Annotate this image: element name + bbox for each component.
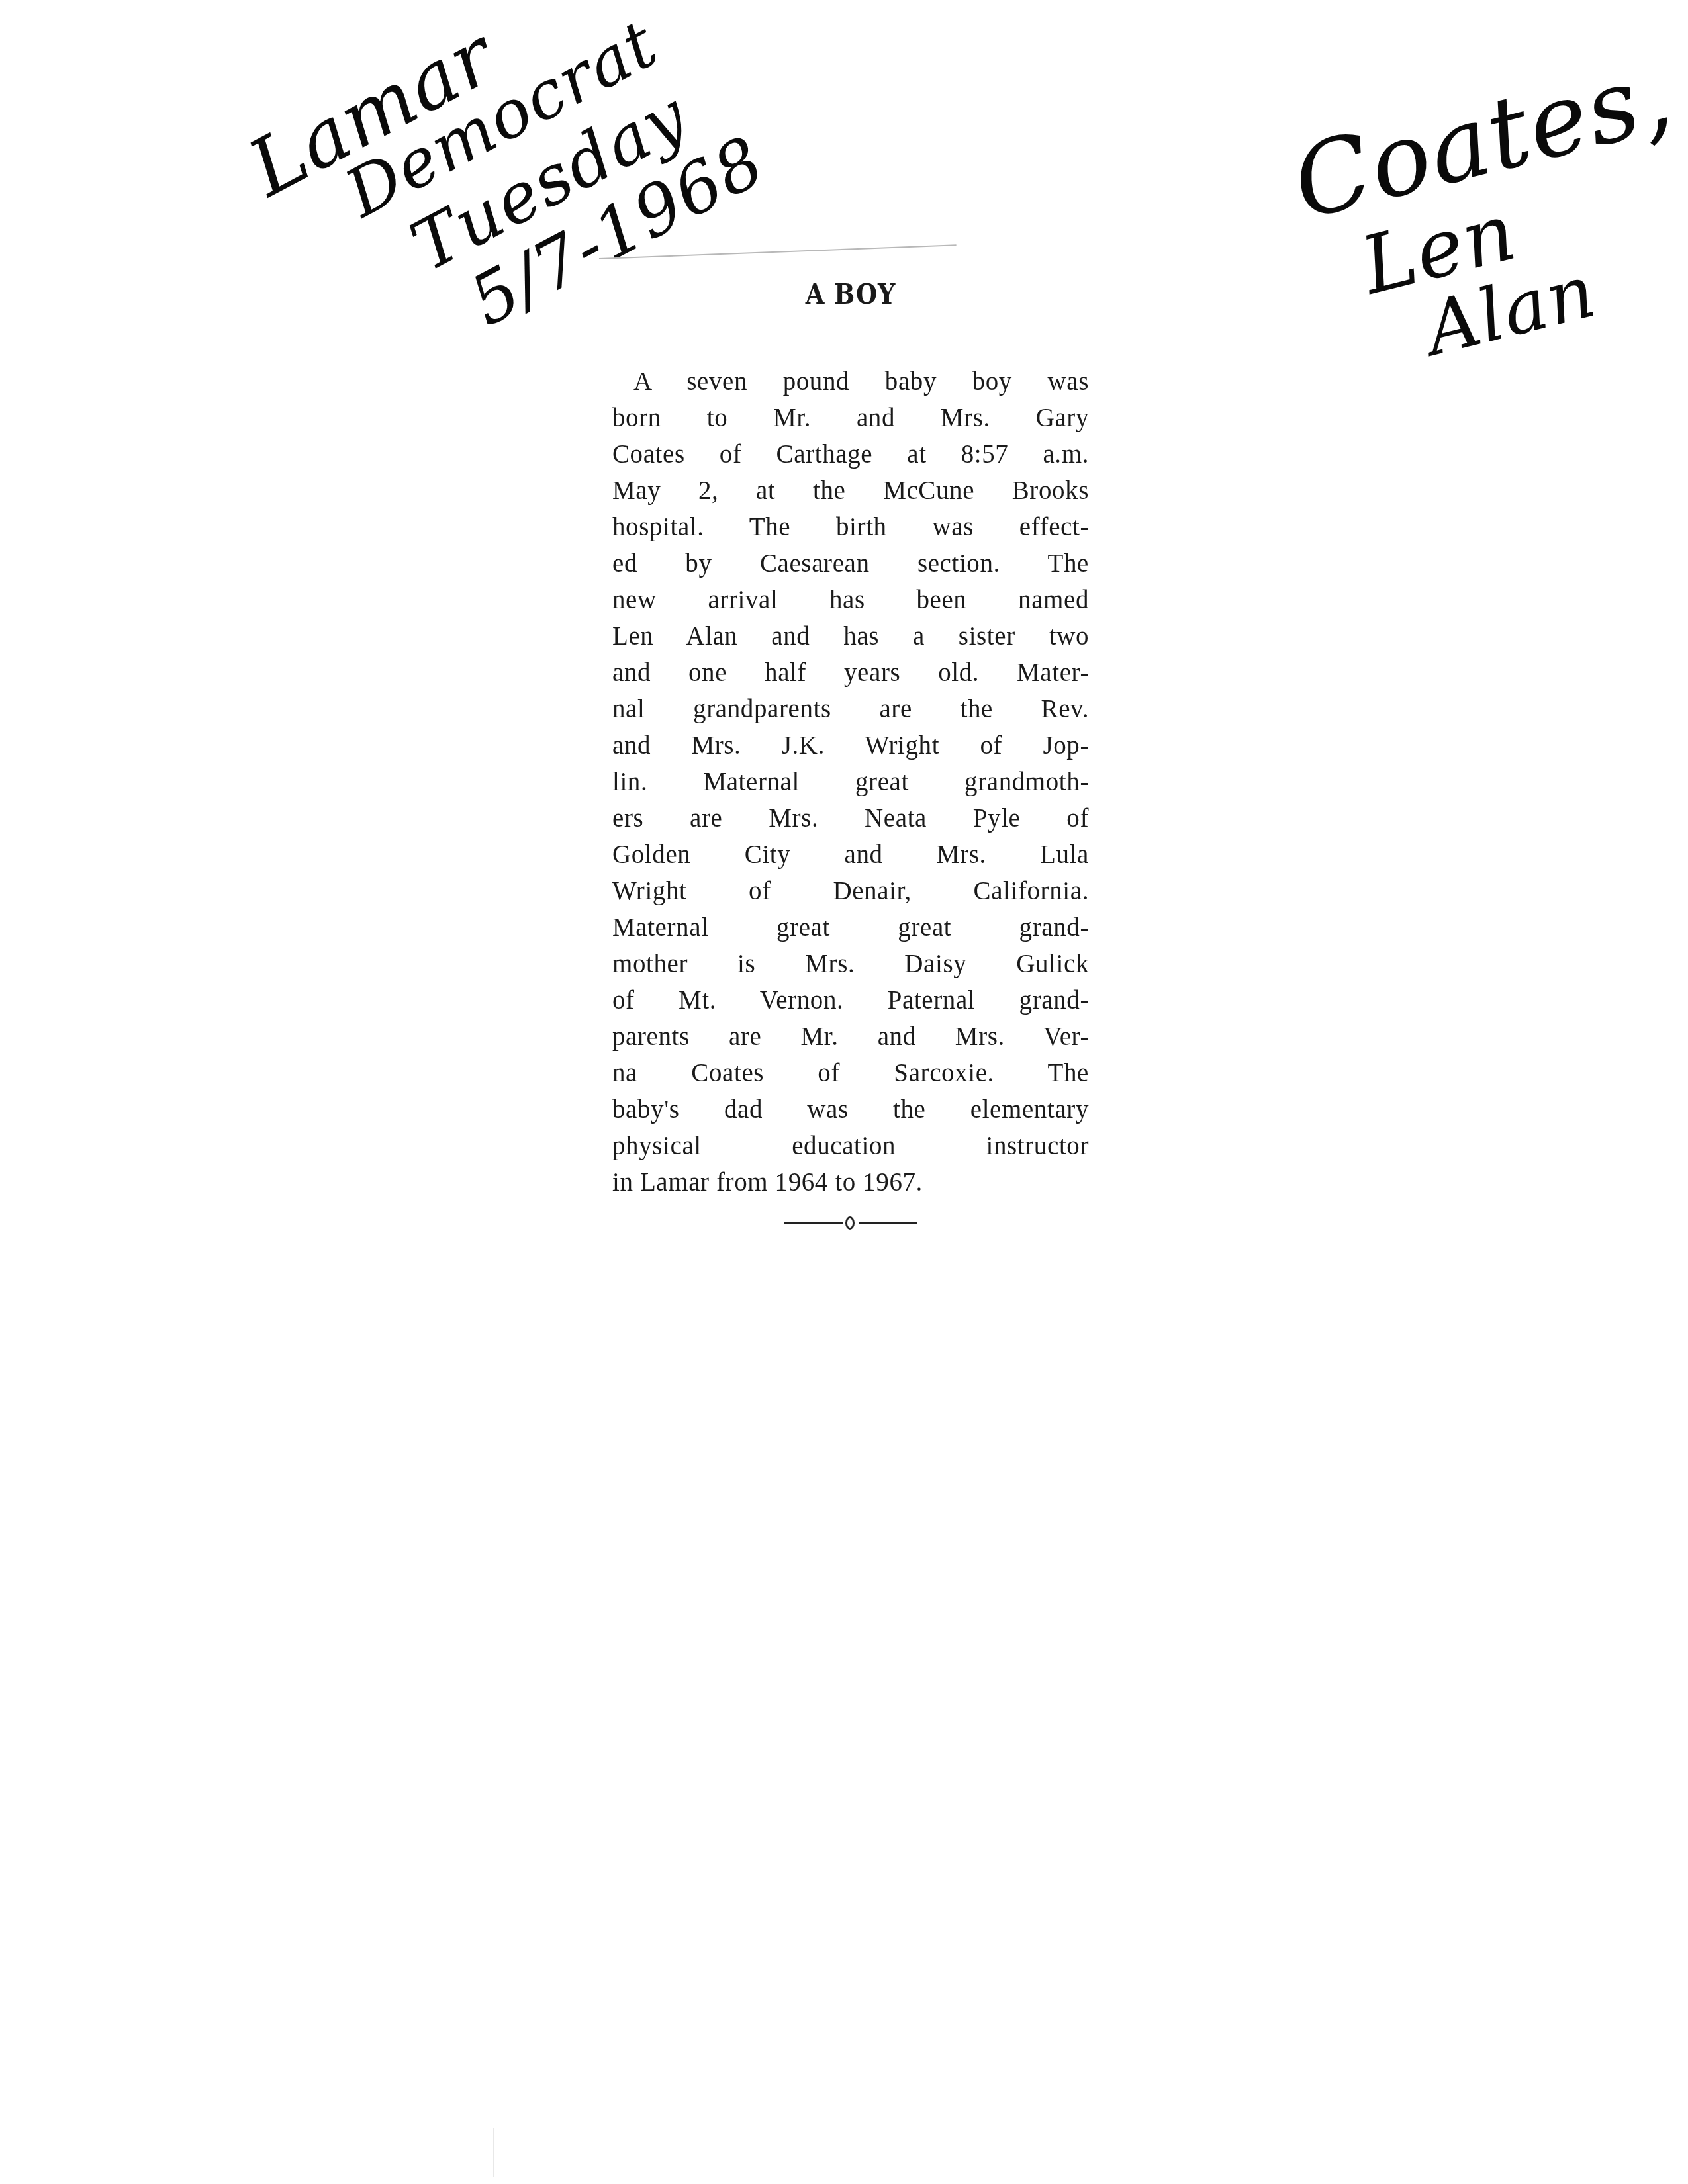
- clipping-line: mother is Mrs. Daisy Gulick: [612, 946, 1089, 982]
- divider-ornament-icon: [845, 1216, 855, 1230]
- clipping-line: Golden City and Mrs. Lula: [612, 837, 1089, 873]
- clipping-line: and one half years old. Mater-: [612, 655, 1089, 691]
- clipping-line: ers are Mrs. Neata Pyle of: [612, 800, 1089, 837]
- clipping-line: in Lamar from 1964 to 1967.: [612, 1164, 1089, 1201]
- clipping-body: A seven pound baby boy wasborn to Mr. an…: [612, 363, 1089, 1201]
- clipping-line: Len Alan and has a sister two: [612, 618, 1089, 655]
- clipping-line: lin. Maternal great grandmoth-: [612, 764, 1089, 800]
- clipping-line: parents are Mr. and Mrs. Ver-: [612, 1019, 1089, 1055]
- clipping-line: born to Mr. and Mrs. Gary: [612, 400, 1089, 436]
- end-of-article-divider: [784, 1215, 917, 1231]
- divider-rule-left: [784, 1222, 843, 1224]
- clipping-line: Coates of Carthage at 8:57 a.m.: [612, 436, 1089, 473]
- clipping-line: May 2, at the McCune Brooks: [612, 473, 1089, 509]
- clipping-line: A seven pound baby boy was: [612, 363, 1089, 400]
- clipping-line: of Mt. Vernon. Paternal grand-: [612, 982, 1089, 1019]
- clipping-line: nal grandparents are the Rev.: [612, 691, 1089, 727]
- newspaper-clipping: A BOY A seven pound baby boy wasborn to …: [612, 278, 1089, 1231]
- clipping-headline: A BOY: [641, 278, 1060, 310]
- clipping-line: baby's dad was the elementary: [612, 1091, 1089, 1128]
- clipping-line: na Coates of Sarcoxie. The: [612, 1055, 1089, 1091]
- clipping-line: and Mrs. J.K. Wright of Jop-: [612, 727, 1089, 764]
- clipping-line: new arrival has been named: [612, 582, 1089, 618]
- clipping-line: physical education instructor: [612, 1128, 1089, 1164]
- scan-artifact: [493, 2128, 494, 2177]
- clipping-line: Maternal great great grand-: [612, 909, 1089, 946]
- scan-artifact: [598, 2128, 598, 2184]
- divider-rule-right: [859, 1222, 917, 1224]
- clipping-line: hospital. The birth was effect-: [612, 509, 1089, 545]
- clipping-line: ed by Caesarean section. The: [612, 545, 1089, 582]
- clipping-line: Wright of Denair, California.: [612, 873, 1089, 909]
